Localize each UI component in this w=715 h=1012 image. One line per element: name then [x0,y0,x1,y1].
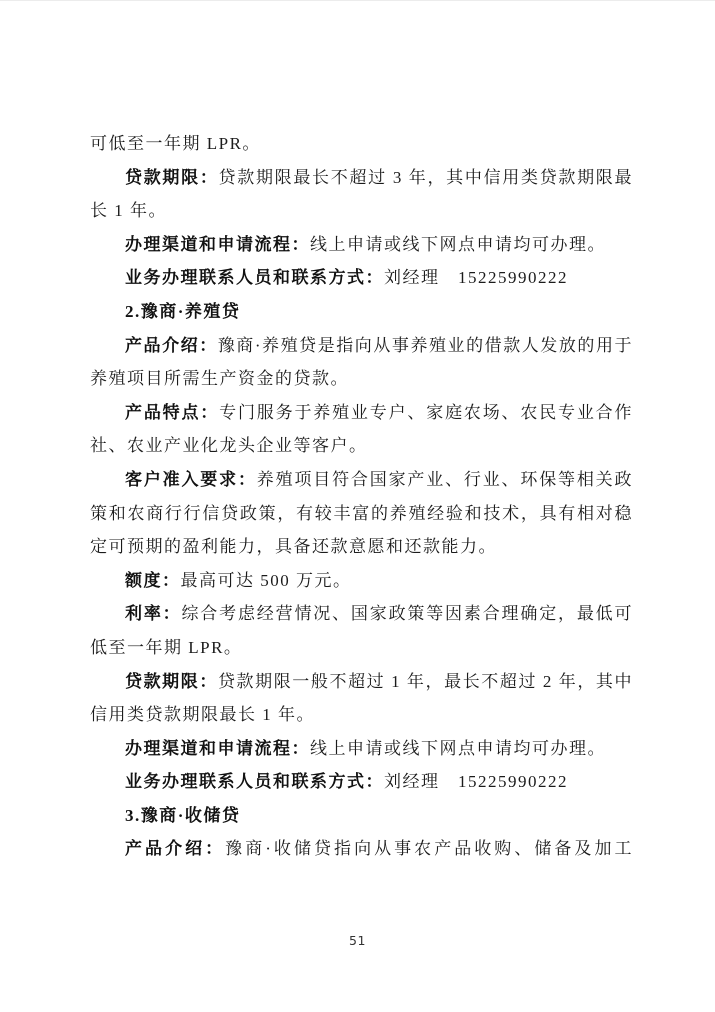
paragraph: 产品介绍：豫商·养殖贷是指向从事养殖业的借款人发放的用于养殖项目所需生产资金的贷… [90,329,633,396]
paragraph-label: 贷款期限： [125,672,218,691]
paragraph-text: 豫商·收储贷指向从事农产品收购、储备及加工 [225,839,633,858]
paragraph-label: 业务办理联系人员和联系方式： [125,268,384,287]
paragraph: 业务办理联系人员和联系方式：刘经理 15225990222 [90,261,633,295]
paragraph-label: 贷款期限： [125,168,219,187]
paragraph-text: 线上申请或线下网点申请均可办理。 [310,739,606,758]
paragraph-text: 线上申请或线下网点申请均可办理。 [310,235,606,254]
paragraph-text: 刘经理 15225990222 [384,268,568,287]
paragraph-label: 客户准入要求： [125,470,257,489]
paragraph: 办理渠道和申请流程：线上申请或线下网点申请均可办理。 [90,732,633,766]
paragraph: 贷款期限：贷款期限一般不超过 1 年，最长不超过 2 年，其中信用类贷款期限最长… [90,665,633,732]
paragraph-label: 产品介绍： [125,839,225,858]
paragraph-label: 业务办理联系人员和联系方式： [125,772,384,791]
paragraph: 产品介绍：豫商·收储贷指向从事农产品收购、储备及加工 [90,832,633,866]
paragraph: 利率：综合考虑经营情况、国家政策等因素合理确定，最低可低至一年期 LPR。 [90,597,633,664]
document-page: 可低至一年期 LPR。贷款期限：贷款期限最长不超过 3 年，其中信用类贷款期限最… [0,0,715,1012]
paragraph-text: 刘经理 15225990222 [384,772,568,791]
paragraph-label: 产品特点： [125,403,219,422]
page-number: 51 [0,933,715,948]
section-heading: 3.豫商·收储贷 [90,799,633,833]
paragraph-label: 利率： [125,604,181,623]
section-heading: 2.豫商·养殖贷 [90,295,633,329]
paragraph-text: 最高可达 500 万元。 [181,571,352,590]
paragraph-label: 办理渠道和申请流程： [125,739,310,758]
paragraph: 办理渠道和申请流程：线上申请或线下网点申请均可办理。 [90,228,633,262]
paragraph: 贷款期限：贷款期限最长不超过 3 年，其中信用类贷款期限最长 1 年。 [90,161,633,228]
paragraph: 产品特点：专门服务于养殖业专户、家庭农场、农民专业合作社、农业产业化龙头企业等客… [90,396,633,463]
paragraph: 可低至一年期 LPR。 [90,127,633,161]
paragraph-label: 产品介绍： [125,336,218,355]
paragraph: 业务办理联系人员和联系方式：刘经理 15225990222 [90,765,633,799]
paragraph-label: 办理渠道和申请流程： [125,235,310,254]
paragraph-label: 额度： [125,571,181,590]
document-content: 可低至一年期 LPR。贷款期限：贷款期限最长不超过 3 年，其中信用类贷款期限最… [90,127,633,866]
paragraph: 客户准入要求：养殖项目符合国家产业、行业、环保等相关政策和农商行行信贷政策，有较… [90,463,633,564]
paragraph: 额度：最高可达 500 万元。 [90,564,633,598]
